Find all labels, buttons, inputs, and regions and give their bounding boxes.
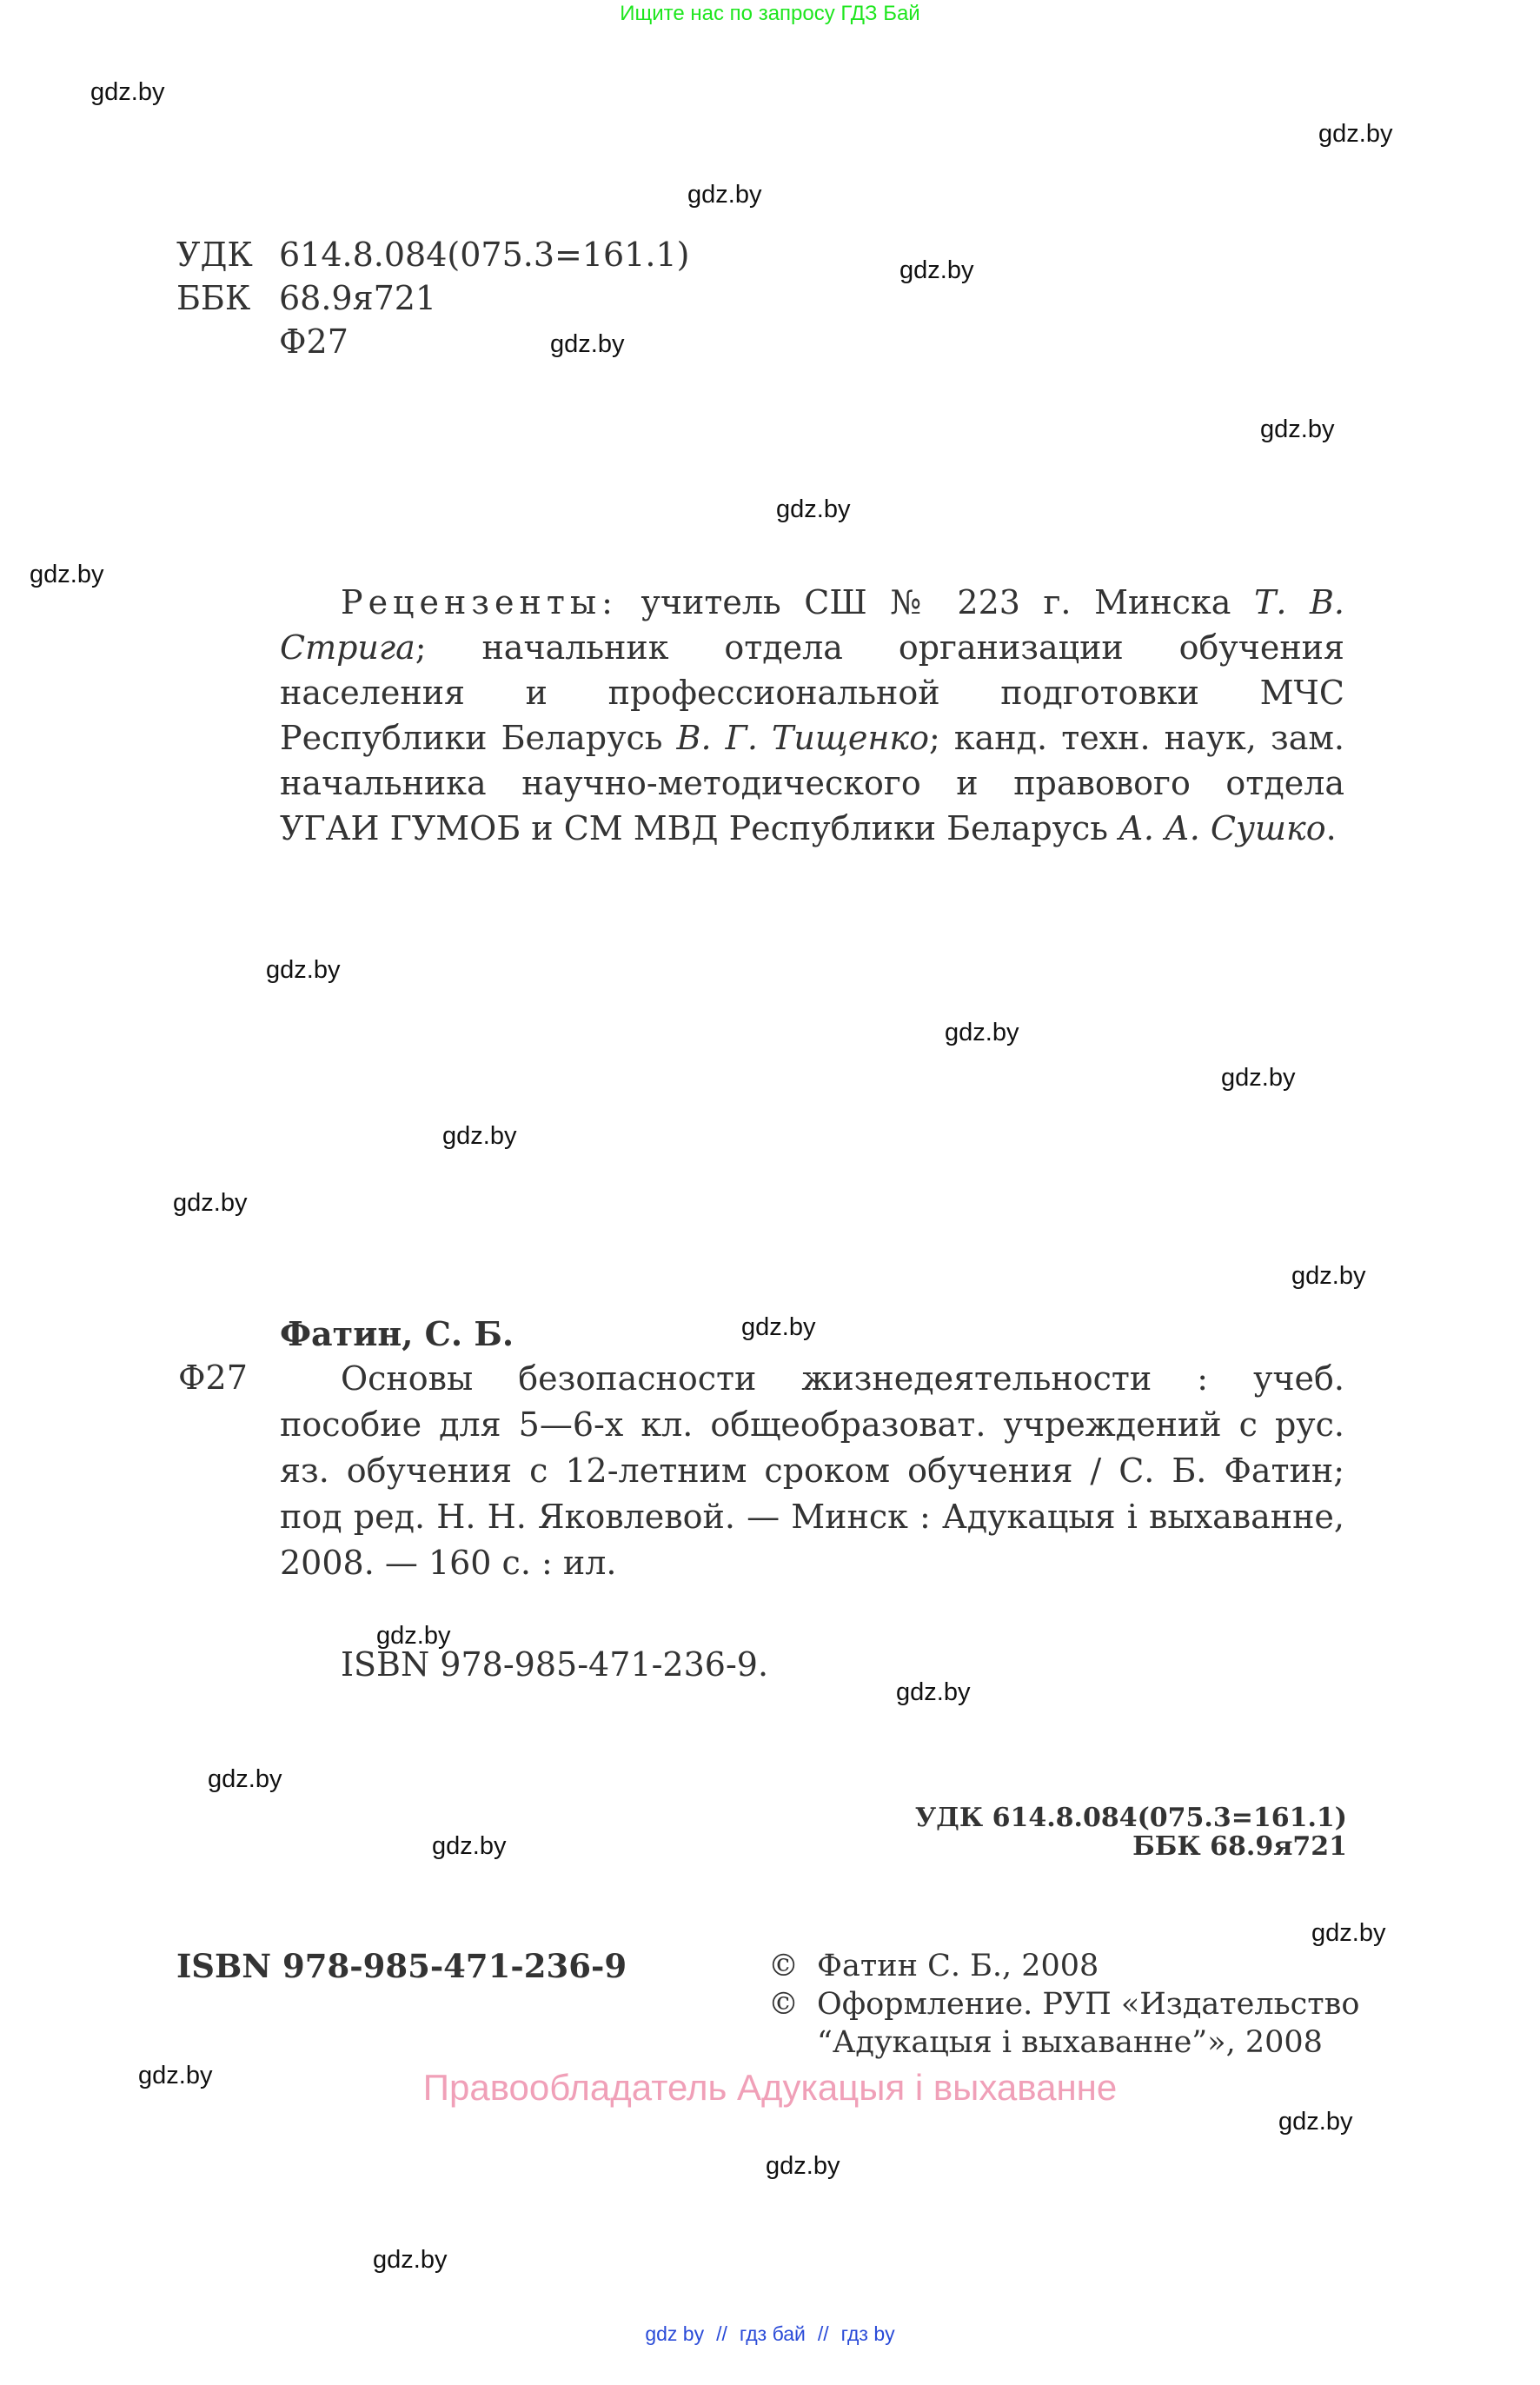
imprint-isbn: ISBN 978-985-471-236-9 — [176, 1947, 627, 1985]
watermark: gdz.by — [741, 1313, 815, 1342]
reviewer-name: В. Г. Тищенко — [677, 719, 929, 757]
watermark: gdz.by — [30, 561, 103, 589]
watermark: gdz.by — [432, 1832, 506, 1861]
watermark: gdz.by — [687, 181, 761, 209]
copyright-icon: © — [768, 1947, 817, 1985]
record-code: Ф27 — [178, 1359, 248, 1397]
watermark: gdz.by — [1260, 415, 1334, 444]
watermark: gdz.by — [1278, 2108, 1352, 2136]
watermark: gdz.by — [945, 1019, 1019, 1047]
bbk-label: ББК — [176, 276, 279, 320]
imprint-classification: УДК 614.8.084(075.3=161.1) ББК 68.9я721 — [915, 1804, 1347, 1861]
record-description: Основы безопасности жизнедеятельности : … — [280, 1356, 1344, 1586]
footer-separator: // — [716, 2322, 727, 2345]
search-banner: Ищите нас по запросу ГДЗ Бай — [0, 2, 1540, 26]
footer-link[interactable]: гдз бай — [740, 2322, 806, 2345]
watermark: gdz.by — [442, 1122, 516, 1151]
bbk-value: 68.9я721 — [279, 276, 436, 320]
classification-block: УДК614.8.084(075.3=161.1) ББК68.9я721 Ф2… — [176, 233, 689, 363]
record-isbn: ISBN 978-985-471-236-9. — [341, 1645, 768, 1684]
imprint-bbk: ББК 68.9я721 — [915, 1832, 1347, 1861]
record-author: Фатин, С. Б. — [280, 1314, 514, 1353]
reviewer-name: А. А. Сушко — [1118, 809, 1326, 847]
author-mark: Ф27 — [279, 320, 348, 363]
udk-value: 614.8.084(075.3=161.1) — [279, 233, 689, 276]
watermark: gdz.by — [1291, 1262, 1365, 1291]
imprint-udk: УДК 614.8.084(075.3=161.1) — [915, 1804, 1347, 1832]
copyright-design: Оформление. РУП «Издательство — [817, 1985, 1359, 2023]
copyright-block: ©Фатин С. Б., 2008 ©Оформление. РУП «Изд… — [768, 1947, 1359, 2062]
footer-link[interactable]: гдз by — [841, 2322, 895, 2345]
footer-links: gdz by//гдз бай//гдз by — [0, 2322, 1540, 2346]
copyright-design-cont: “Адукацыя і выхаванне”», 2008 — [768, 2023, 1359, 2062]
watermark: gdz.by — [90, 78, 164, 107]
copyright-author: Фатин С. Б., 2008 — [817, 1947, 1099, 1985]
reviewers-text: учитель СШ № 223 г. Минска — [618, 583, 1254, 621]
record-description-text: Основы безопасности жизнедеятельности : … — [280, 1359, 1344, 1582]
watermark: gdz.by — [373, 2246, 447, 2275]
watermark: gdz.by — [208, 1765, 282, 1794]
watermark: gdz.by — [1311, 1919, 1385, 1948]
reviewers-label: Рецензенты: — [341, 583, 618, 621]
watermark: gdz.by — [766, 2152, 840, 2181]
rights-holder: Правообладатель Адукацыя і выхаванне — [0, 2067, 1540, 2109]
copyright-icon: © — [768, 1985, 817, 2023]
udk-label: УДК — [176, 233, 279, 276]
footer-link[interactable]: gdz by — [645, 2322, 704, 2345]
watermark: gdz.by — [173, 1189, 247, 1218]
watermark: gdz.by — [896, 1678, 970, 1707]
watermark: gdz.by — [776, 495, 850, 524]
watermark: gdz.by — [1221, 1064, 1295, 1093]
footer-separator: // — [818, 2322, 829, 2345]
watermark: gdz.by — [266, 956, 340, 985]
reviewers-paragraph: Рецензенты: учитель СШ № 223 г. Минска Т… — [280, 580, 1344, 851]
reviewers-text: . — [1326, 809, 1337, 847]
watermark: gdz.by — [899, 256, 973, 285]
watermark: gdz.by — [1318, 120, 1392, 149]
